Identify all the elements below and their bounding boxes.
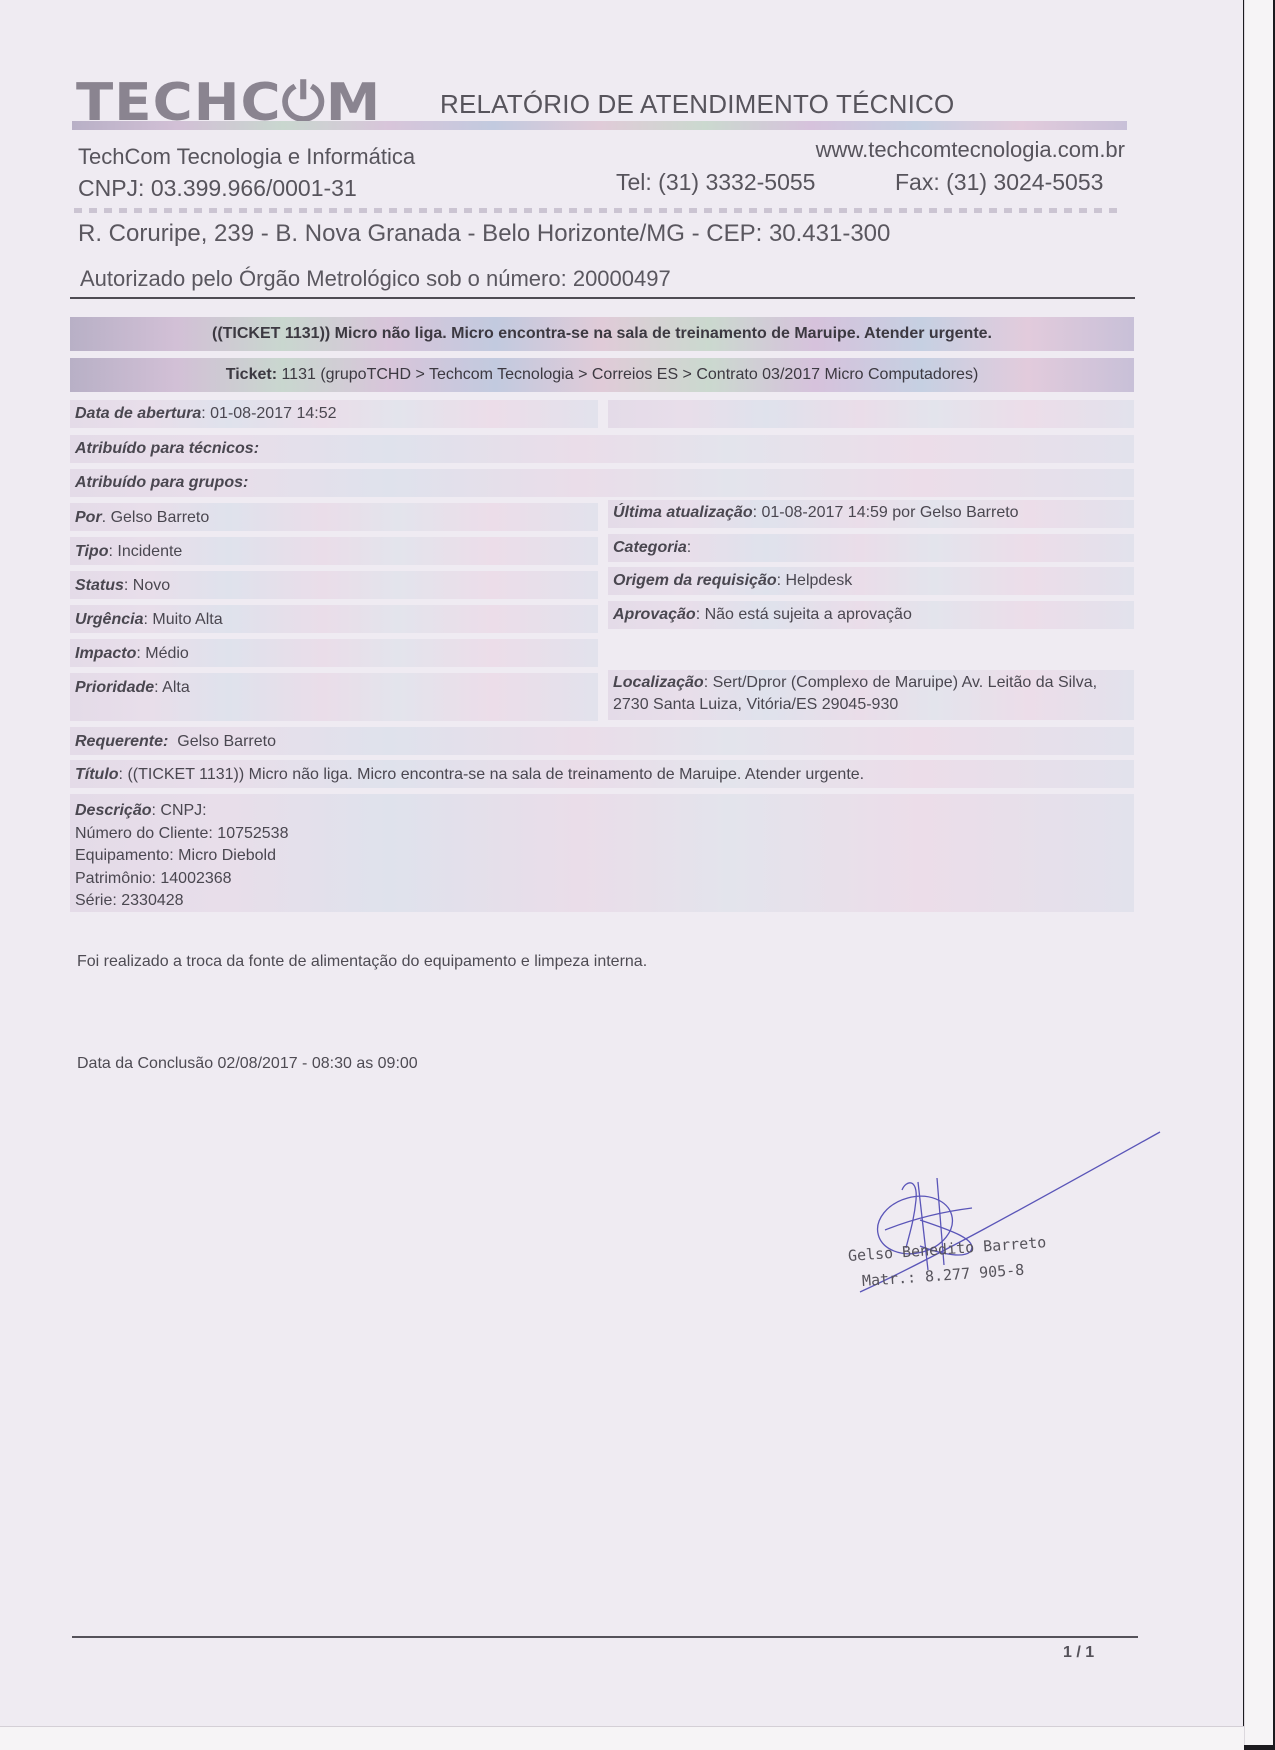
field-urgencia: Urgência: Muito Alta — [70, 605, 598, 633]
signature-scribble-icon — [820, 1120, 1180, 1320]
company-name: TechCom Tecnologia e Informática — [78, 144, 415, 170]
ticket-title-banner: ((TICKET 1131)) Micro não liga. Micro en… — [70, 317, 1134, 351]
field-requerente: Requerente: Gelso Barreto — [70, 727, 1134, 755]
field-data-abertura: Data de abertura: 01-08-2017 14:52 — [70, 400, 598, 428]
report-title: RELATÓRIO DE ATENDIMENTO TÉCNICO — [440, 89, 954, 120]
technician-signature: Gelso Benedito Barreto Matr.: 8.277 905-… — [820, 1120, 1180, 1320]
field-atribuido-grupos: Atribuído para grupos: — [70, 469, 1134, 497]
company-cnpj: CNPJ: 03.399.966/0001-31 — [78, 175, 357, 202]
dotted-separator — [74, 208, 1124, 213]
field-por: Por. Gelso Barreto — [70, 503, 598, 531]
field-empty-right — [608, 400, 1134, 428]
company-address: R. Coruripe, 239 - B. Nova Granada - Bel… — [78, 220, 890, 248]
field-prioridade: Prioridade: Alta — [70, 673, 598, 721]
field-aprovacao: Aprovação: Não está sujeita a aprovação — [608, 601, 1134, 629]
page-number: 1 / 1 — [1063, 1644, 1094, 1662]
company-fax: Fax: (31) 3024-5053 — [895, 169, 1103, 196]
conclusion-date: Data da Conclusão 02/08/2017 - 08:30 as … — [77, 1055, 418, 1073]
field-origem-requisicao: Origem da requisição: Helpdesk — [608, 567, 1134, 595]
metrology-authorization: Autorizado pelo Órgão Metrológico sob o … — [80, 266, 671, 292]
description-line: Equipamento: Micro Diebold — [75, 845, 1134, 868]
field-descricao: Descrição: CNPJ: Número do Cliente: 1075… — [70, 794, 1134, 912]
description-line: Número do Cliente: 10752538 — [75, 823, 1134, 846]
ticket-path-banner: Ticket: 1131 (grupoTCHD > Techcom Tecnol… — [70, 358, 1134, 392]
header-rule — [70, 297, 1135, 299]
field-categoria: Categoria: — [608, 534, 1134, 562]
company-website: www.techcomtecnologia.com.br — [816, 137, 1125, 163]
field-atribuido-tecnicos: Atribuído para técnicos: — [70, 435, 1134, 463]
page-bottom-edge — [0, 1726, 1244, 1750]
description-line: Patrimônio: 14002368 — [75, 868, 1134, 891]
ticket-path-value: 1131 (grupoTCHD > Techcom Tecnologia > C… — [277, 366, 978, 383]
footer-rule — [72, 1636, 1138, 1638]
field-titulo: Título: ((TICKET 1131)) Micro não liga. … — [70, 760, 1134, 788]
header-color-bar — [72, 121, 1127, 130]
service-note: Foi realizado a troca da fonte de alimen… — [77, 953, 647, 971]
company-tel: Tel: (31) 3332-5055 — [616, 169, 815, 196]
description-line: Série: 2330428 — [75, 890, 1134, 913]
field-status: Status: Novo — [70, 571, 598, 599]
field-ultima-atualizacao: Última atualização: 01-08-2017 14:59 por… — [608, 500, 1134, 528]
field-localizacao: Localização: Sert/Dpror (Complexo de Mar… — [608, 670, 1134, 720]
field-tipo: Tipo: Incidente — [70, 537, 598, 565]
ticket-path-label: Ticket: — [226, 366, 277, 383]
field-impacto: Impacto: Médio — [70, 639, 598, 667]
page-edge — [1244, 0, 1273, 1745]
